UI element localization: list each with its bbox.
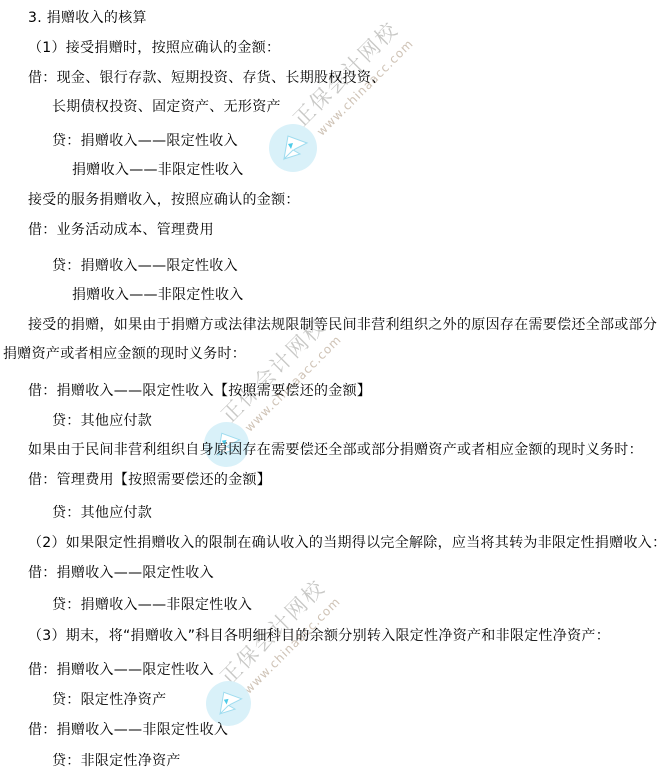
text-line: 贷：其他应付款 (52, 505, 152, 521)
text-line: 借：捐赠收入——限定性收入 (28, 662, 214, 678)
text-line: 借：现金、银行存款、短期投资、存货、长期股权投资、 (28, 70, 386, 86)
text-line: 接受的捐赠，如果由于捐赠方或法律法规限制等民间非营利组织之外的原因存在需要偿还全… (28, 317, 657, 333)
text-line: 借：捐赠收入——非限定性收入 (28, 722, 228, 738)
text-line: （1）接受捐赠时，按照应确认的金额： (28, 40, 280, 56)
text-line: 贷：捐赠收入——限定性收入 (52, 258, 238, 274)
text-line: 捐赠收入——非限定性收入 (72, 287, 244, 303)
text-line: 贷：限定性净资产 (52, 692, 166, 708)
section-heading: 3. 捐赠收入的核算 (28, 10, 147, 26)
text-line: 如果由于民间非营利组织自身原因存在需要偿还全部或部分捐赠资产或者相应金额的现时义… (28, 442, 643, 458)
text-line: 贷：捐赠收入——非限定性收入 (52, 597, 252, 613)
document-page: 正保会计网校 www.chinaacc.com 正保会计网校 www.china… (0, 0, 662, 775)
text-line: 贷：其他应付款 (52, 413, 152, 429)
text-line: 捐赠收入——非限定性收入 (72, 162, 244, 178)
text-line: 捐赠资产或者相应金额的现时义务时： (3, 346, 246, 362)
text-line: 借：捐赠收入——限定性收入【按照需要偿还的金额】 (28, 383, 371, 399)
text-line: （2）如果限定性捐赠收入的限制在确认收入的当期得以完全解除，应当将其转为非限定性… (28, 535, 662, 551)
text-line: （3）期末，将“捐赠收入”科目各明细科目的余额分别转入限定性净资产和非限定性净资… (28, 628, 610, 644)
text-line: 接受的服务捐赠收入，按照应确认的金额： (28, 192, 300, 208)
text-line: 长期债权投资、固定资产、无形资产 (52, 99, 281, 115)
text-line: 借：管理费用【按照需要偿还的金额】 (28, 472, 271, 488)
text-line: 借：业务活动成本、管理费用 (28, 222, 214, 238)
watermark-url: www.chinaacc.com (242, 324, 352, 434)
text-line: 贷：非限定性净资产 (52, 753, 181, 769)
text-line: 借：捐赠收入——限定性收入 (28, 565, 214, 581)
chinaacc-logo-icon (206, 681, 251, 726)
chinaacc-logo-icon (269, 124, 317, 172)
text-line: 贷：捐赠收入——限定性收入 (52, 133, 238, 149)
